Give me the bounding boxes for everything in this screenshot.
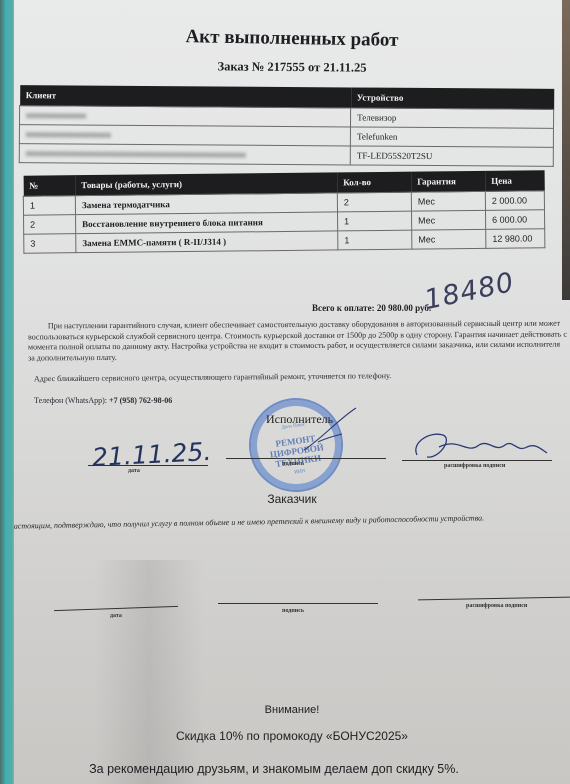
header-name: Товары (работы, услуги) xyxy=(75,172,337,195)
device-type: Телевизор xyxy=(351,108,554,128)
promo-code-text: Скидка 10% по промокоду «БОНУС2025» xyxy=(14,729,570,743)
contact-phone: Телефон (WhatsApp): +7 (958) 762-98-06 xyxy=(34,396,172,407)
client-cell-redacted xyxy=(20,106,351,127)
service-address-note: Адрес ближайшего сервисного центра, осущ… xyxy=(34,370,554,385)
document-sheet: Акт выполненных работ Заказ № 217555 от … xyxy=(14,0,570,784)
device-model: TF-LED55S20T2SU xyxy=(350,146,553,166)
customer-confirmation: Настоящим, подтверждаю, что получил услу… xyxy=(14,511,548,531)
device-brand: Telefunken xyxy=(350,127,553,147)
customer-signature-label: подпись xyxy=(282,608,304,614)
date-line xyxy=(88,465,208,466)
header-price: Цена xyxy=(485,170,544,191)
executor-signature-label: подпись xyxy=(282,461,304,467)
row-price: 6 000.00 xyxy=(485,210,544,230)
document-title: Акт выполненных работ xyxy=(14,23,570,55)
customer-decode-label: расшифровка подписи xyxy=(466,603,527,609)
phone-label: Телефон (WhatsApp): xyxy=(34,396,107,405)
signature-line xyxy=(226,458,386,459)
handwritten-total: 18480 xyxy=(422,267,517,316)
order-number: Заказ № 217555 от 21.11.25 xyxy=(14,58,570,78)
client-cell-redacted xyxy=(19,144,350,165)
header-device: Устройство xyxy=(351,87,554,109)
header-client: Клиент xyxy=(20,85,351,108)
row-num: 2 xyxy=(24,215,76,235)
table-row: TF-LED55S20T2SU xyxy=(19,144,553,167)
customer-signature-line xyxy=(218,603,378,604)
services-table: № Товары (работы, услуги) Кол-во Гаранти… xyxy=(23,170,546,253)
executor-date-label: дата xyxy=(128,468,140,474)
client-device-table: Клиент Устройство Телевизор Telefunken T… xyxy=(19,85,555,167)
notice-heading: Внимание! xyxy=(14,704,570,716)
row-qty: 2 xyxy=(337,192,411,212)
customer-decode-line xyxy=(418,597,570,601)
row-warranty: Мес xyxy=(411,210,485,230)
row-price: 12 980.00 xyxy=(486,229,545,249)
header-warranty: Гарантия xyxy=(411,171,485,192)
row-warranty: Мес xyxy=(412,229,486,249)
phone-value: +7 (958) 762-98-06 xyxy=(109,396,172,405)
header-num: № xyxy=(23,175,75,196)
customer-heading: Заказчик xyxy=(14,492,570,506)
row-name: Замена EMMC-памяти ( R-II/J314 ) xyxy=(76,231,338,253)
signature-stroke xyxy=(300,404,360,454)
row-num: 3 xyxy=(24,234,76,254)
table-row: 3 Замена EMMC-памяти ( R-II/J314 ) 1 Мес… xyxy=(24,229,545,253)
row-qty: 1 xyxy=(338,230,412,250)
handwritten-date: 21.11.25. xyxy=(91,437,212,472)
header-qty: Кол-во xyxy=(337,172,411,193)
handwritten-signature xyxy=(409,425,549,465)
row-qty: 1 xyxy=(338,211,412,231)
row-num: 1 xyxy=(23,196,75,216)
row-price: 2 000.00 xyxy=(485,191,544,211)
customer-date-line xyxy=(54,606,178,611)
referral-discount-text: За рекомендацию друзьям, и знакомым дела… xyxy=(14,762,552,776)
warranty-terms: При наступлении гарантийного случая, кли… xyxy=(28,319,568,364)
customer-date-label: дата xyxy=(110,613,122,619)
client-cell-redacted xyxy=(19,125,350,146)
row-warranty: Мес xyxy=(411,191,485,211)
total-amount: Всего к оплате: 20 980.00 руб. xyxy=(312,303,431,313)
